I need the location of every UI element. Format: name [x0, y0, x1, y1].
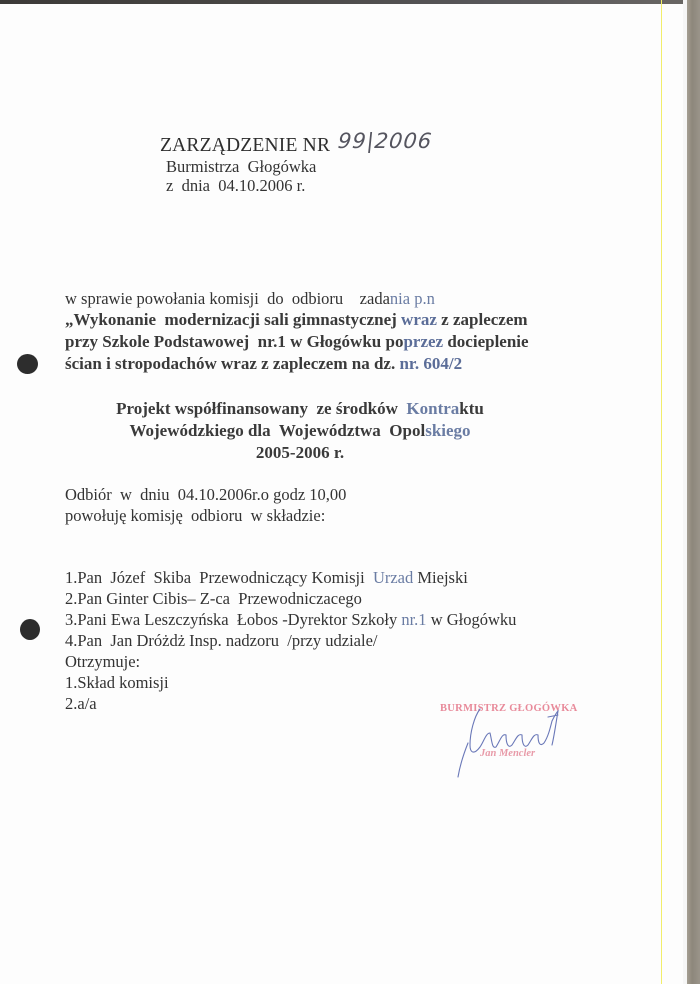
cofinancing-text: Wojewódzkiego dla Województwa Opol [129, 421, 425, 440]
committee-member: 2.Pan Ginter Cibis– Z-ca Przewodniczaceg… [65, 588, 516, 609]
subject-line-text: z zapleczem [437, 310, 528, 329]
committee-member-text: Miejski [413, 568, 468, 587]
reception-committee-intro: powołuję komisję odbioru w składzie: [65, 505, 346, 526]
subject-line: ścian i stropodachów wraz z zapleczem na… [65, 353, 645, 375]
distribution-item: 1.Skład komisji [65, 672, 516, 693]
committee-member-text: w Głogówku [427, 610, 517, 629]
document-title: ZARZĄDZENIE NR [160, 135, 330, 157]
committee-member: 4.Pan Jan Dróżdż Insp. nadzoru /przy udz… [65, 630, 516, 651]
subject-line-text: „Wykonanie modernizacji sali gimnastyczn… [65, 310, 401, 329]
subject-line-text: docieplenie [443, 332, 528, 351]
member-list: 1.Pan Józef Skiba Przewodniczący Komisji… [65, 567, 516, 651]
subject-task-title: „Wykonanie modernizacji sali gimnastyczn… [65, 309, 645, 375]
subject-paragraph: w sprawie powołania komisji do odbioru z… [65, 288, 645, 375]
committee-member-text: nr.1 [401, 610, 426, 629]
distribution-label: Otrzymuje: [65, 651, 516, 672]
cofinancing-text-blue: Kontra [406, 399, 459, 418]
committee-member-text: Urzad [373, 568, 413, 587]
handwritten-document-number: 99|2006 [337, 129, 434, 153]
official-stamp: BURMISTRZ GŁOGÓWKA Jan Mencler [440, 703, 600, 783]
subject-line: „Wykonanie modernizacji sali gimnastyczn… [65, 309, 645, 331]
committee-member: 1.Pan Józef Skiba Przewodniczący Komisji… [65, 567, 516, 588]
subject-line-text: wraz [401, 310, 437, 329]
cofinancing-line-2: Wojewódzkiego dla Województwa Opolskiego [60, 420, 540, 442]
subject-line-text: przy Szkole Podstawowej nr.1 w Głogówku … [65, 332, 403, 351]
committee-members: 1.Pan Józef Skiba Przewodniczący Komisji… [65, 567, 516, 714]
committee-member: 3.Pani Ewa Leszczyńska Łobos -Dyrektor S… [65, 609, 516, 630]
subject-line-text: ścian i stropodachów wraz z zapleczem na… [65, 354, 399, 373]
punch-hole [17, 354, 38, 374]
subject-line-text: nr. 604/2 [399, 354, 462, 373]
committee-member-text: 2.Pan Ginter Cibis– Z-ca Przewodniczaceg… [65, 589, 362, 608]
issue-date: z dnia 04.10.2006 r. [166, 176, 432, 195]
signature-icon [440, 703, 600, 783]
cofinancing-line-1: Projekt współfinansowany ze środków Kont… [60, 398, 540, 420]
cofinancing-text: ktu [459, 399, 484, 418]
subject-intro: w sprawie powołania komisji do odbioru z… [65, 288, 645, 309]
subject-intro-text-blue: nia p.n [390, 289, 435, 308]
scan-border-right [687, 0, 700, 984]
reception-paragraph: Odbiór w dniu 04.10.2006r.o godz 10,00 p… [65, 484, 346, 526]
committee-member-text: 4.Pan Jan Dróżdż Insp. nadzoru /przy udz… [65, 631, 378, 650]
scan-artifact-line [661, 0, 662, 984]
cofinancing-text-blue: skiego [425, 421, 470, 440]
subject-line-text: przez [403, 332, 443, 351]
cofinancing-text: Projekt współfinansowany ze środków [116, 399, 406, 418]
punch-hole [20, 619, 40, 640]
document-header: ZARZĄDZENIE NR 99|2006 Burmistrza Głogów… [160, 133, 432, 195]
committee-member-text: 1.Pan Józef Skiba Przewodniczący Komisji [65, 568, 373, 587]
issuer: Burmistrza Głogówka [166, 157, 432, 176]
subject-line: przy Szkole Podstawowej nr.1 w Głogówku … [65, 331, 645, 353]
scan-border-top [0, 0, 700, 4]
subject-intro-text: w sprawie powołania komisji do odbioru z… [65, 289, 390, 308]
reception-date-time: Odbiór w dniu 04.10.2006r.o godz 10,00 [65, 484, 346, 505]
cofinancing-years: 2005-2006 r. [60, 442, 540, 464]
committee-member-text: 3.Pani Ewa Leszczyńska Łobos -Dyrektor S… [65, 610, 401, 629]
cofinancing-note: Projekt współfinansowany ze środków Kont… [60, 398, 540, 464]
